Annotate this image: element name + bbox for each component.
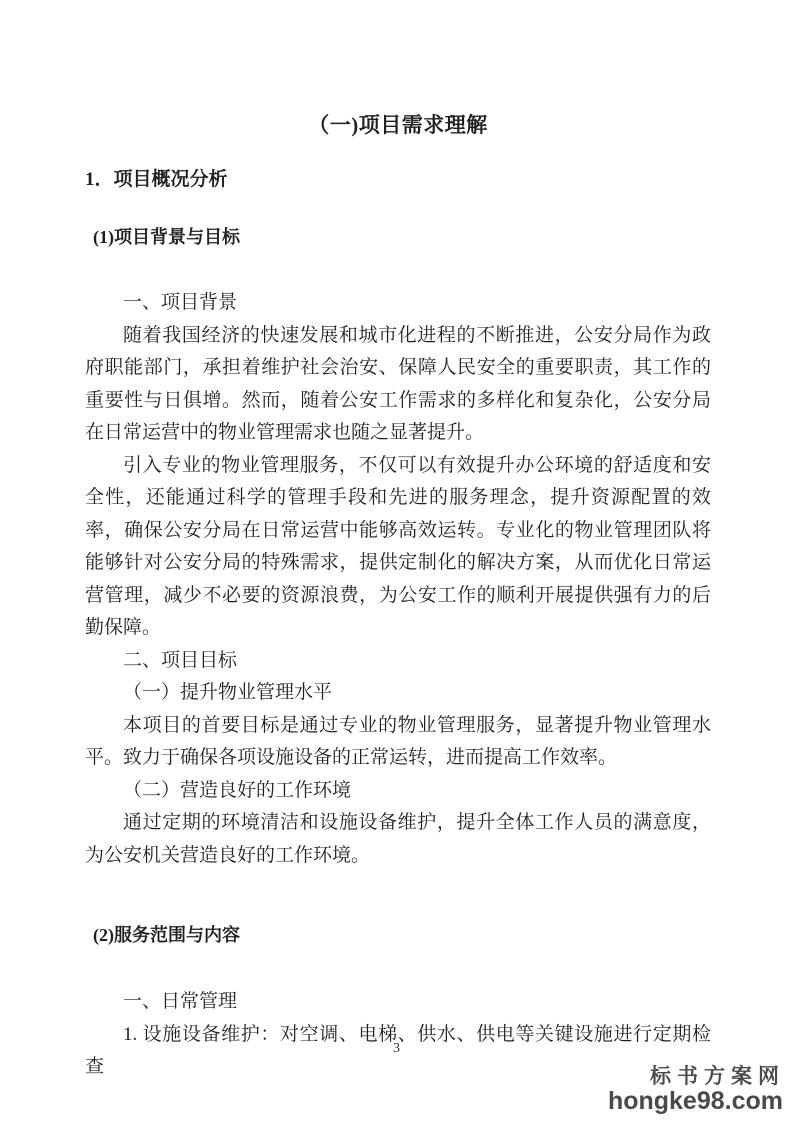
paragraph-goal-2: 通过定期的环境清洁和设施设备维护，提升全体工作人员的满意度，为公安机关营造良好的…	[85, 807, 711, 872]
paragraph-background-1: 随着我国经济的快速发展和城市化进程的不断推进，公安分局作为政府职能部门，承担着维…	[85, 320, 711, 450]
document-title: （一)项目需求理解	[85, 110, 711, 140]
paragraph-goal-1: 本项目的首要目标是通过专业的物业管理服务，显著提升物业管理水平。致力于确保各项设…	[85, 710, 711, 775]
page-number: 3	[0, 1040, 793, 1058]
subheading-project-goals: 二、项目目标	[85, 645, 711, 678]
heading-project-overview: 1．项目概况分析	[85, 166, 711, 194]
watermark-brand-text: 标书方案网	[608, 1066, 785, 1088]
section-background-body: 一、项目背景 随着我国经济的快速发展和城市化进程的不断推进，公安分局作为政府职能…	[85, 287, 711, 872]
subheading-goal-2: （二）营造良好的工作环境	[85, 775, 711, 808]
subheading-project-background: 一、项目背景	[85, 287, 711, 320]
subheading-daily-management: 一、日常管理	[85, 986, 711, 1019]
watermark-domain-text: hongke98.com	[608, 1088, 783, 1114]
paragraph-background-2: 引入专业的物业管理服务，不仅可以有效提升办公环境的舒适度和安全性，还能通过科学的…	[85, 450, 711, 645]
heading-background-goals: (1)项目背景与目标	[85, 224, 711, 251]
document-content: （一)项目需求理解 1．项目概况分析 (1)项目背景与目标 一、项目背景 随着我…	[85, 0, 711, 1084]
site-watermark: 标书方案网 hongke98.com	[608, 1066, 783, 1114]
subheading-goal-1: （一）提升物业管理水平	[85, 677, 711, 710]
heading-service-scope: (2)服务范围与内容	[85, 922, 711, 949]
document-page: （一)项目需求理解 1．项目概况分析 (1)项目背景与目标 一、项目背景 随着我…	[0, 0, 793, 1122]
